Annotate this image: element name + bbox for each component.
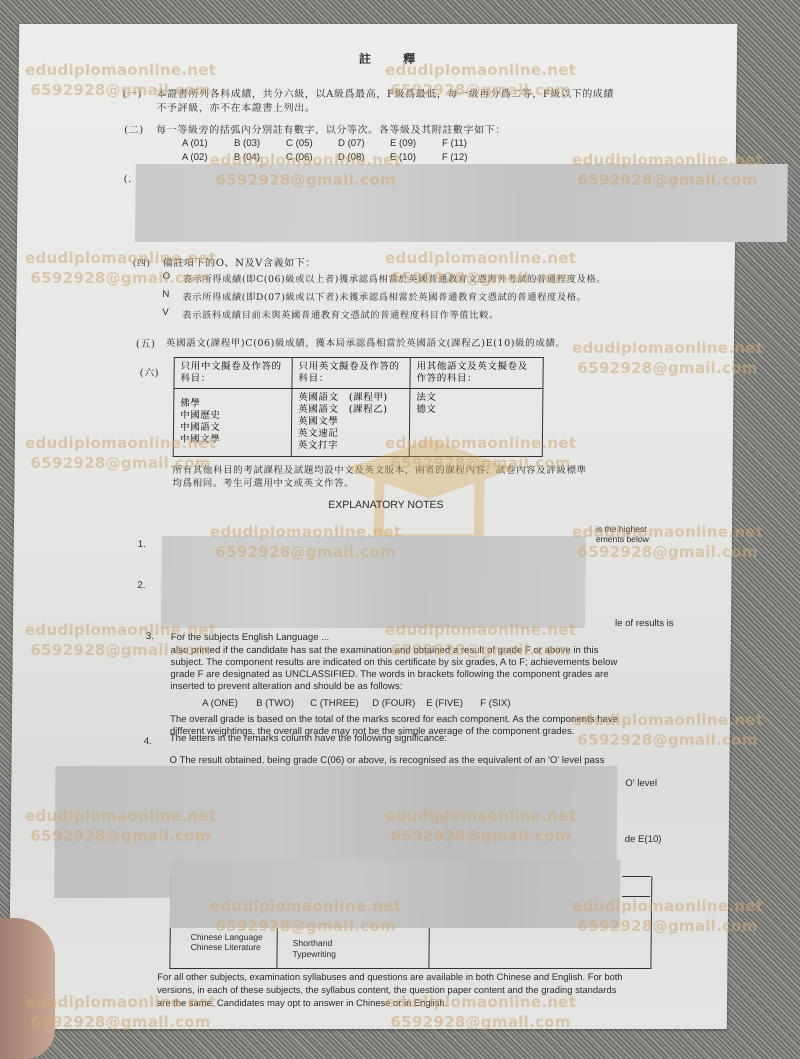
watermark: edudiplomaonline.net6592928@gmail.com [25, 60, 216, 100]
subject: 英國文學 [298, 416, 403, 428]
remark-v-text: 表示該科成績目前未與英國普通教育文憑試的普通程度科目作等值比較。 [182, 307, 499, 321]
en-note-4-fragment-2: de E(10) [625, 834, 662, 845]
watermark: edudiplomaonline.net6592928@gmail.com [25, 433, 216, 473]
table-top-edge [622, 876, 650, 877]
grade-word: A (ONE) [202, 698, 256, 709]
watermark: edudiplomaonline.net6592928@gmail.com [210, 896, 401, 936]
subject: 法文 [416, 392, 536, 404]
subject: 佛學 [180, 398, 285, 410]
grade: C (05) [286, 138, 338, 149]
zh-table-header-3: 用其他語文及英文擬卷及作答的科目： [410, 358, 543, 389]
en-note-4-o: O The result obtained, being grade C(06)… [169, 755, 604, 766]
zh-note-6-num: (六) [140, 364, 160, 379]
en-note-3-line-5: inserted to prevent alteration and shoul… [170, 681, 402, 692]
watermark: edudiplomaonline.net6592928@gmail.com [572, 522, 763, 562]
grade: E (09) [390, 138, 442, 149]
zh-note-5-line: 英國語文(課程甲)C(06)級成績，獲本局承認爲相當於英國語文(課程乙)E(10… [166, 335, 566, 349]
watermark: edudiplomaonline.net6592928@gmail.com [385, 992, 576, 1032]
zh-note-5-num: (五) [136, 335, 156, 350]
grade-word: D (FOUR) [372, 698, 426, 709]
watermark: edudiplomaonline.net6592928@gmail.com [572, 150, 763, 190]
watermark: edudiplomaonline.net6592928@gmail.com [385, 248, 576, 288]
grade: F (12) [442, 152, 494, 163]
watermark: edudiplomaonline.net6592928@gmail.com [25, 620, 216, 660]
en-title: EXPLANATORY NOTES [328, 499, 443, 511]
watermark: edudiplomaonline.net6592928@gmail.com [25, 806, 216, 846]
watermark: edudiplomaonline.net6592928@gmail.com [210, 150, 401, 190]
grade: D (07) [338, 138, 390, 149]
subject: 德文 [416, 404, 536, 416]
zh-table-header-1: 只用中文擬卷及作答的科目： [174, 358, 292, 389]
grade-word: F (SIX) [480, 698, 534, 709]
en-footer-line-1: For all other subjects, examination syll… [157, 971, 623, 982]
subject: 中國歷史 [180, 410, 285, 422]
en-note-4-fragment-1: O' level [625, 778, 657, 789]
remark-letter-n: N [162, 289, 169, 300]
en-note-2-num: 2. [137, 580, 145, 591]
grade-words-row: A (ONE)B (TWO)C (THREE)D (FOUR)E (FIVE)F… [202, 698, 534, 709]
subject: 英國語文 (課程乙) [298, 404, 403, 416]
zh-table-header-2: 只用英文擬卷及作答的科目： [292, 358, 410, 389]
watermark: edudiplomaonline.net6592928@gmail.com [25, 992, 216, 1032]
watermark: edudiplomaonline.net6592928@gmail.com [385, 806, 576, 846]
grade: F (11) [442, 138, 494, 149]
remark-n-text: 表示所得成績(即D(07)級或以下者)未獲承認爲相當於英國普通教育文憑試的普通程… [182, 289, 586, 303]
grade-row-1: A (01)B (03)C (05)D (07)E (09)F (11) [182, 138, 494, 149]
grade-word: E (FIVE) [426, 698, 480, 709]
grade-word: C (THREE) [310, 698, 372, 709]
subject: 英國語文 (課程甲) [298, 392, 403, 404]
zh-note-2-num: (二) [124, 121, 144, 136]
subject: Typewriting [292, 949, 336, 959]
watermark: edudiplomaonline.net6592928@gmail.com [385, 620, 576, 660]
subject: Shorthand [293, 938, 333, 948]
grade-word: B (TWO) [256, 698, 310, 709]
en-note-4-intro: The letters in the remarks column have t… [170, 733, 447, 744]
grade: A (01) [182, 138, 234, 149]
watermark: edudiplomaonline.net6592928@gmail.com [572, 896, 763, 936]
en-note-1-num: 1. [138, 539, 146, 550]
remark-letter-v: V [162, 307, 169, 318]
en-note-3-fragment: le of results is [615, 618, 674, 629]
watermark: edudiplomaonline.net6592928@gmail.com [25, 248, 216, 288]
zh-note-1-line-2: 不予評級，亦不在本證書上列出。 [156, 99, 315, 114]
subject: Chinese Literature [191, 942, 261, 952]
en-note-3-line-4: grade F are designated as UNCLASSIFIED. … [170, 669, 608, 680]
grade: B (03) [234, 138, 286, 149]
zh-note-2-line-1: 每一等級旁的括弧內分別註有數字，以分等次。各等級及其附註數字如下： [156, 121, 506, 136]
watermark: edudiplomaonline.net6592928@gmail.com [572, 710, 763, 750]
holding-thumb [0, 918, 55, 1059]
zh-note-3-num-partial: (. [124, 174, 132, 185]
en-note-3-after-1: The overall grade is based on the total … [170, 714, 618, 725]
watermark: edudiplomaonline.net6592928@gmail.com [385, 433, 576, 473]
watermark: edudiplomaonline.net6592928@gmail.com [572, 338, 763, 378]
watermark: edudiplomaonline.net6592928@gmail.com [210, 522, 401, 562]
watermark: edudiplomaonline.net6592928@gmail.com [385, 60, 576, 100]
en-note-4-num: 4. [144, 736, 152, 747]
